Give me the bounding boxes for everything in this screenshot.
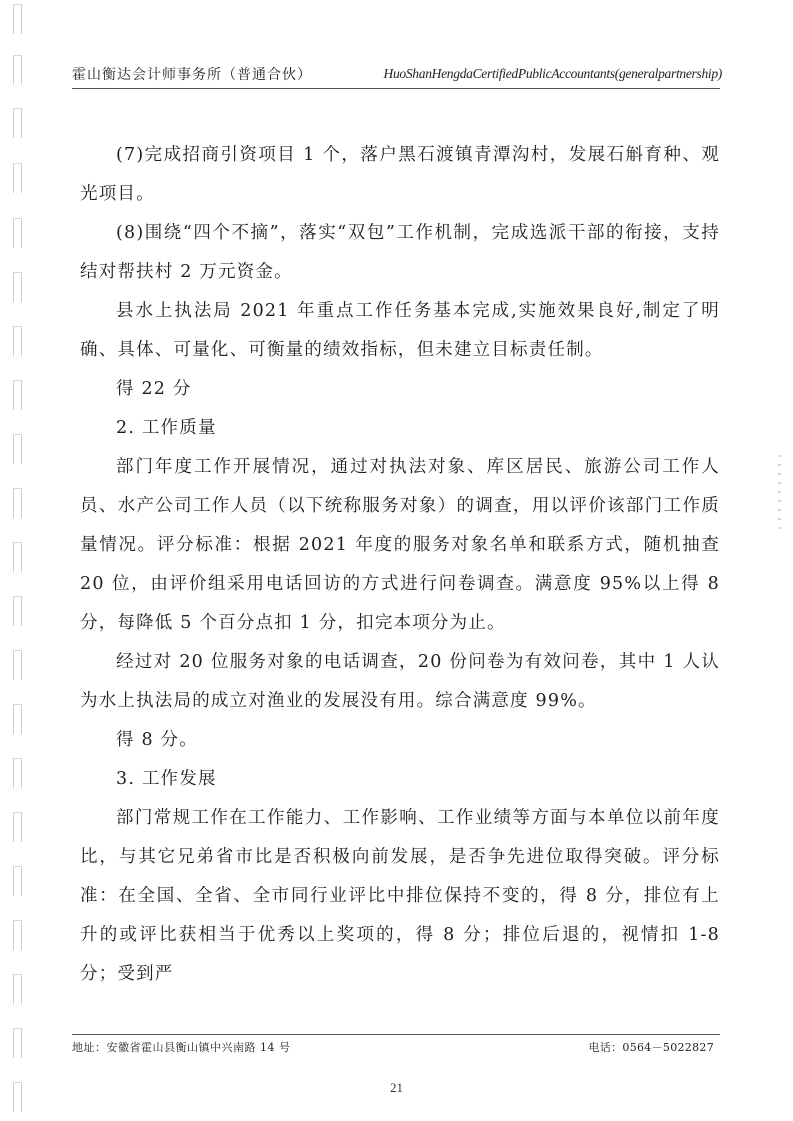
section-heading-work-development: 3. 工作发展 [80, 760, 720, 799]
binding-mark [13, 55, 22, 85]
paragraph-item-8: (8)围绕“四个不摘”，落实“双包”工作机制，完成选派干部的衔接，支持结对帮扶村… [80, 214, 720, 292]
binding-mark [13, 596, 22, 626]
binding-mark [13, 974, 22, 1004]
score-line: 得 8 分。 [80, 721, 720, 760]
binding-mark [13, 108, 22, 138]
paragraph-summary: 县水上执法局 2021 年重点工作任务基本完成,实施效果良好,制定了明确、具体、… [80, 292, 720, 370]
binding-mark [13, 272, 22, 302]
footer-divider [72, 1034, 720, 1035]
binding-mark [13, 1028, 22, 1058]
binding-mark [13, 488, 22, 518]
score-line: 得 22 分 [80, 370, 720, 409]
binding-mark [13, 434, 22, 464]
binding-mark [13, 758, 22, 788]
binding-mark [13, 650, 22, 680]
page-footer: 地址：安徽省霍山县衡山镇中兴南路 14 号 电话：0564－5022827 [72, 1038, 722, 1058]
binding-mark [13, 326, 22, 356]
binding-mark [13, 812, 22, 842]
paragraph-survey-result: 经过对 20 位服务对象的电话调查，20 份问卷为有效问卷，其中 1 人认为水上… [80, 643, 720, 721]
page-number: 21 [0, 1080, 793, 1096]
header-divider [72, 88, 720, 89]
binding-mark [13, 866, 22, 896]
binding-mark [13, 920, 22, 950]
binding-mark [13, 704, 22, 734]
page-header: 霍山衡达会计师事务所（普通合伙） HuoShanHengdaCertifiedP… [72, 62, 722, 86]
document-body: (7)完成招商引资项目 1 个，落户黑石渡镇青潭沟村，发展石斛育种、观光项目。 … [80, 136, 720, 994]
binding-mark [13, 4, 22, 34]
section-heading-work-quality: 2. 工作质量 [80, 409, 720, 448]
paragraph-work-development-criteria: 部门常规工作在工作能力、工作影响、工作业绩等方面与本单位以前年度比，与其它兄弟省… [80, 799, 720, 994]
firm-name-english: HuoShanHengdaCertifiedPublicAccountants(… [384, 66, 723, 82]
binding-mark [13, 542, 22, 572]
binding-hole-marks [13, 0, 25, 1121]
binding-mark [13, 218, 22, 248]
scan-artifact [778, 455, 781, 535]
binding-mark [13, 163, 22, 193]
footer-phone: 电话：0564－5022827 [589, 1039, 714, 1055]
footer-address: 地址：安徽省霍山县衡山镇中兴南路 14 号 [72, 1039, 291, 1055]
binding-mark [13, 380, 22, 410]
paragraph-work-quality-criteria: 部门年度工作开展情况，通过对执法对象、库区居民、旅游公司工作人员、水产公司工作人… [80, 448, 720, 643]
firm-name-chinese: 霍山衡达会计师事务所（普通合伙） [72, 64, 312, 84]
paragraph-item-7: (7)完成招商引资项目 1 个，落户黑石渡镇青潭沟村，发展石斛育种、观光项目。 [80, 136, 720, 214]
